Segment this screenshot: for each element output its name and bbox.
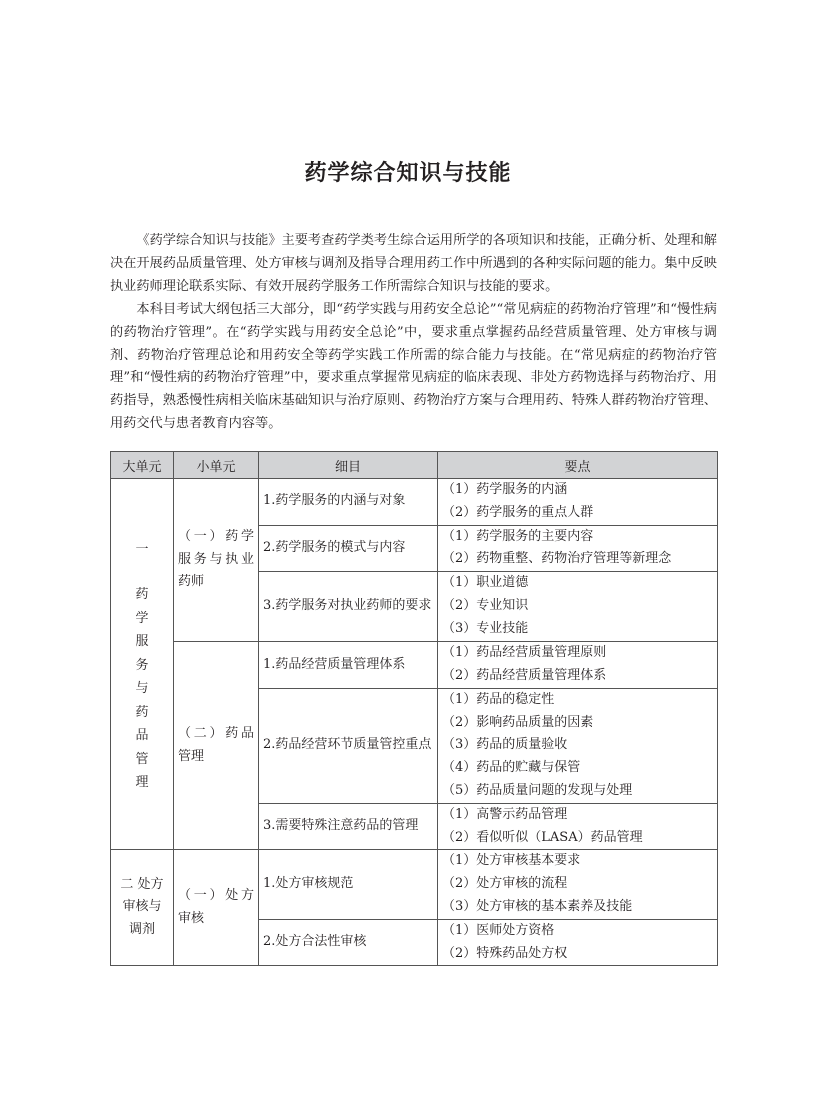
- point-item: （2）药品经营质量管理体系: [442, 665, 713, 688]
- table-row: 二 处方审核与调剂 （一）处方审核 1.处方审核规范 （1）处方审核基本要求 （…: [111, 850, 718, 919]
- point-item: （2）处方审核的流程: [442, 873, 713, 896]
- point-item: （2）特殊药品处方权: [442, 943, 713, 966]
- sub-unit-cell: （二）药品管理: [174, 642, 259, 850]
- points-cell: （1）药品经营质量管理原则 （2）药品经营质量管理体系: [438, 642, 718, 689]
- point-item: （1）药学服务的主要内容: [442, 526, 713, 549]
- point-item: （3）处方审核的基本素养及技能: [442, 896, 713, 919]
- detail-cell: 3.药学服务对执业药师的要求: [259, 572, 438, 642]
- point-item: （2）专业知识: [442, 595, 713, 618]
- header-big-unit: 大单元: [111, 452, 174, 479]
- point-item: （1）医师处方资格: [442, 920, 713, 943]
- sub-unit-cell: （一）处方审核: [174, 850, 259, 966]
- detail-text: 2.药品经营环节质量管控重点: [263, 734, 433, 757]
- point-item: （1）药学服务的内涵: [442, 479, 713, 502]
- point-item: （1）职业道德: [442, 572, 713, 595]
- header-detail: 细目: [259, 452, 438, 479]
- intro-paragraph-1: 《药学综合知识与技能》主要考查药学类考生综合运用所学的各项知识和技能，正确分析、…: [110, 230, 717, 298]
- point-item: （3）专业技能: [442, 618, 713, 641]
- point-item: （2）药物重整、药物治疗管理等新理念: [442, 548, 713, 571]
- point-item: （5）药品质量问题的发现与处理: [442, 780, 713, 803]
- header-sub-unit: 小单元: [174, 452, 259, 479]
- points-cell: （1）处方审核基本要求 （2）处方审核的流程 （3）处方审核的基本素养及技能: [438, 850, 718, 919]
- points-cell: （1）医师处方资格 （2）特殊药品处方权: [438, 919, 718, 966]
- big-unit-cell: 一 药学服务与药品管理: [111, 479, 174, 850]
- detail-cell: 2.处方合法性审核: [259, 919, 438, 966]
- detail-text: 3.药学服务对执业药师的要求: [263, 595, 433, 618]
- points-cell: （1）职业道德 （2）专业知识 （3）专业技能: [438, 572, 718, 642]
- table-row: 一 药学服务与药品管理 （一）药学服务与执业药师 1.药学服务的内涵与对象 （1…: [111, 479, 718, 526]
- detail-cell: 3.需要特殊注意药品的管理: [259, 803, 438, 850]
- sub-unit-cell: （一）药学服务与执业药师: [174, 479, 259, 642]
- header-points: 要点: [438, 452, 718, 479]
- big-unit-name: 二 处方审核与调剂: [120, 877, 163, 938]
- point-item: （2）影响药品质量的因素: [442, 712, 713, 735]
- detail-cell: 2.药品经营环节质量管控重点: [259, 688, 438, 803]
- detail-cell: 2.药学服务的模式与内容: [259, 525, 438, 572]
- point-item: （1）药品经营质量管理原则: [442, 642, 713, 665]
- points-cell: （1）药学服务的内涵 （2）药学服务的重点人群: [438, 479, 718, 526]
- point-item: （1）药品的稳定性: [442, 689, 713, 712]
- point-item: （1）处方审核基本要求: [442, 850, 713, 873]
- point-item: （4）药品的贮藏与保管: [442, 757, 713, 780]
- intro-paragraph-2: 本科目考试大纲包括三大部分，即“药学实践与用药安全总论”“常见病症的药物治疗管理…: [110, 299, 717, 436]
- syllabus-table: 大单元 小单元 细目 要点 一 药学服务与药品管理 （一）药学服务与执业药师 1…: [110, 451, 718, 966]
- big-unit-cell: 二 处方审核与调剂: [111, 850, 174, 966]
- page-title: 药学综合知识与技能: [0, 156, 816, 187]
- detail-cell: 1.药品经营质量管理体系: [259, 642, 438, 689]
- detail-cell: 1.药学服务的内涵与对象: [259, 479, 438, 526]
- big-unit-number: 一: [115, 538, 169, 562]
- point-item: （2）药学服务的重点人群: [442, 502, 713, 525]
- big-unit-name: 药学服务与药品管理: [136, 583, 149, 795]
- point-item: （3）药品的质量验收: [442, 734, 713, 757]
- points-cell: （1）药学服务的主要内容 （2）药物重整、药物治疗管理等新理念: [438, 525, 718, 572]
- point-item: （2）看似听似（LASA）药品管理: [442, 827, 713, 850]
- points-cell: （1）高警示药品管理 （2）看似听似（LASA）药品管理: [438, 803, 718, 850]
- detail-cell: 1.处方审核规范: [259, 850, 438, 919]
- table-header-row: 大单元 小单元 细目 要点: [111, 452, 718, 479]
- points-cell: （1）药品的稳定性 （2）影响药品质量的因素 （3）药品的质量验收 （4）药品的…: [438, 688, 718, 803]
- point-item: （1）高警示药品管理: [442, 804, 713, 827]
- table-row: （二）药品管理 1.药品经营质量管理体系 （1）药品经营质量管理原则 （2）药品…: [111, 642, 718, 689]
